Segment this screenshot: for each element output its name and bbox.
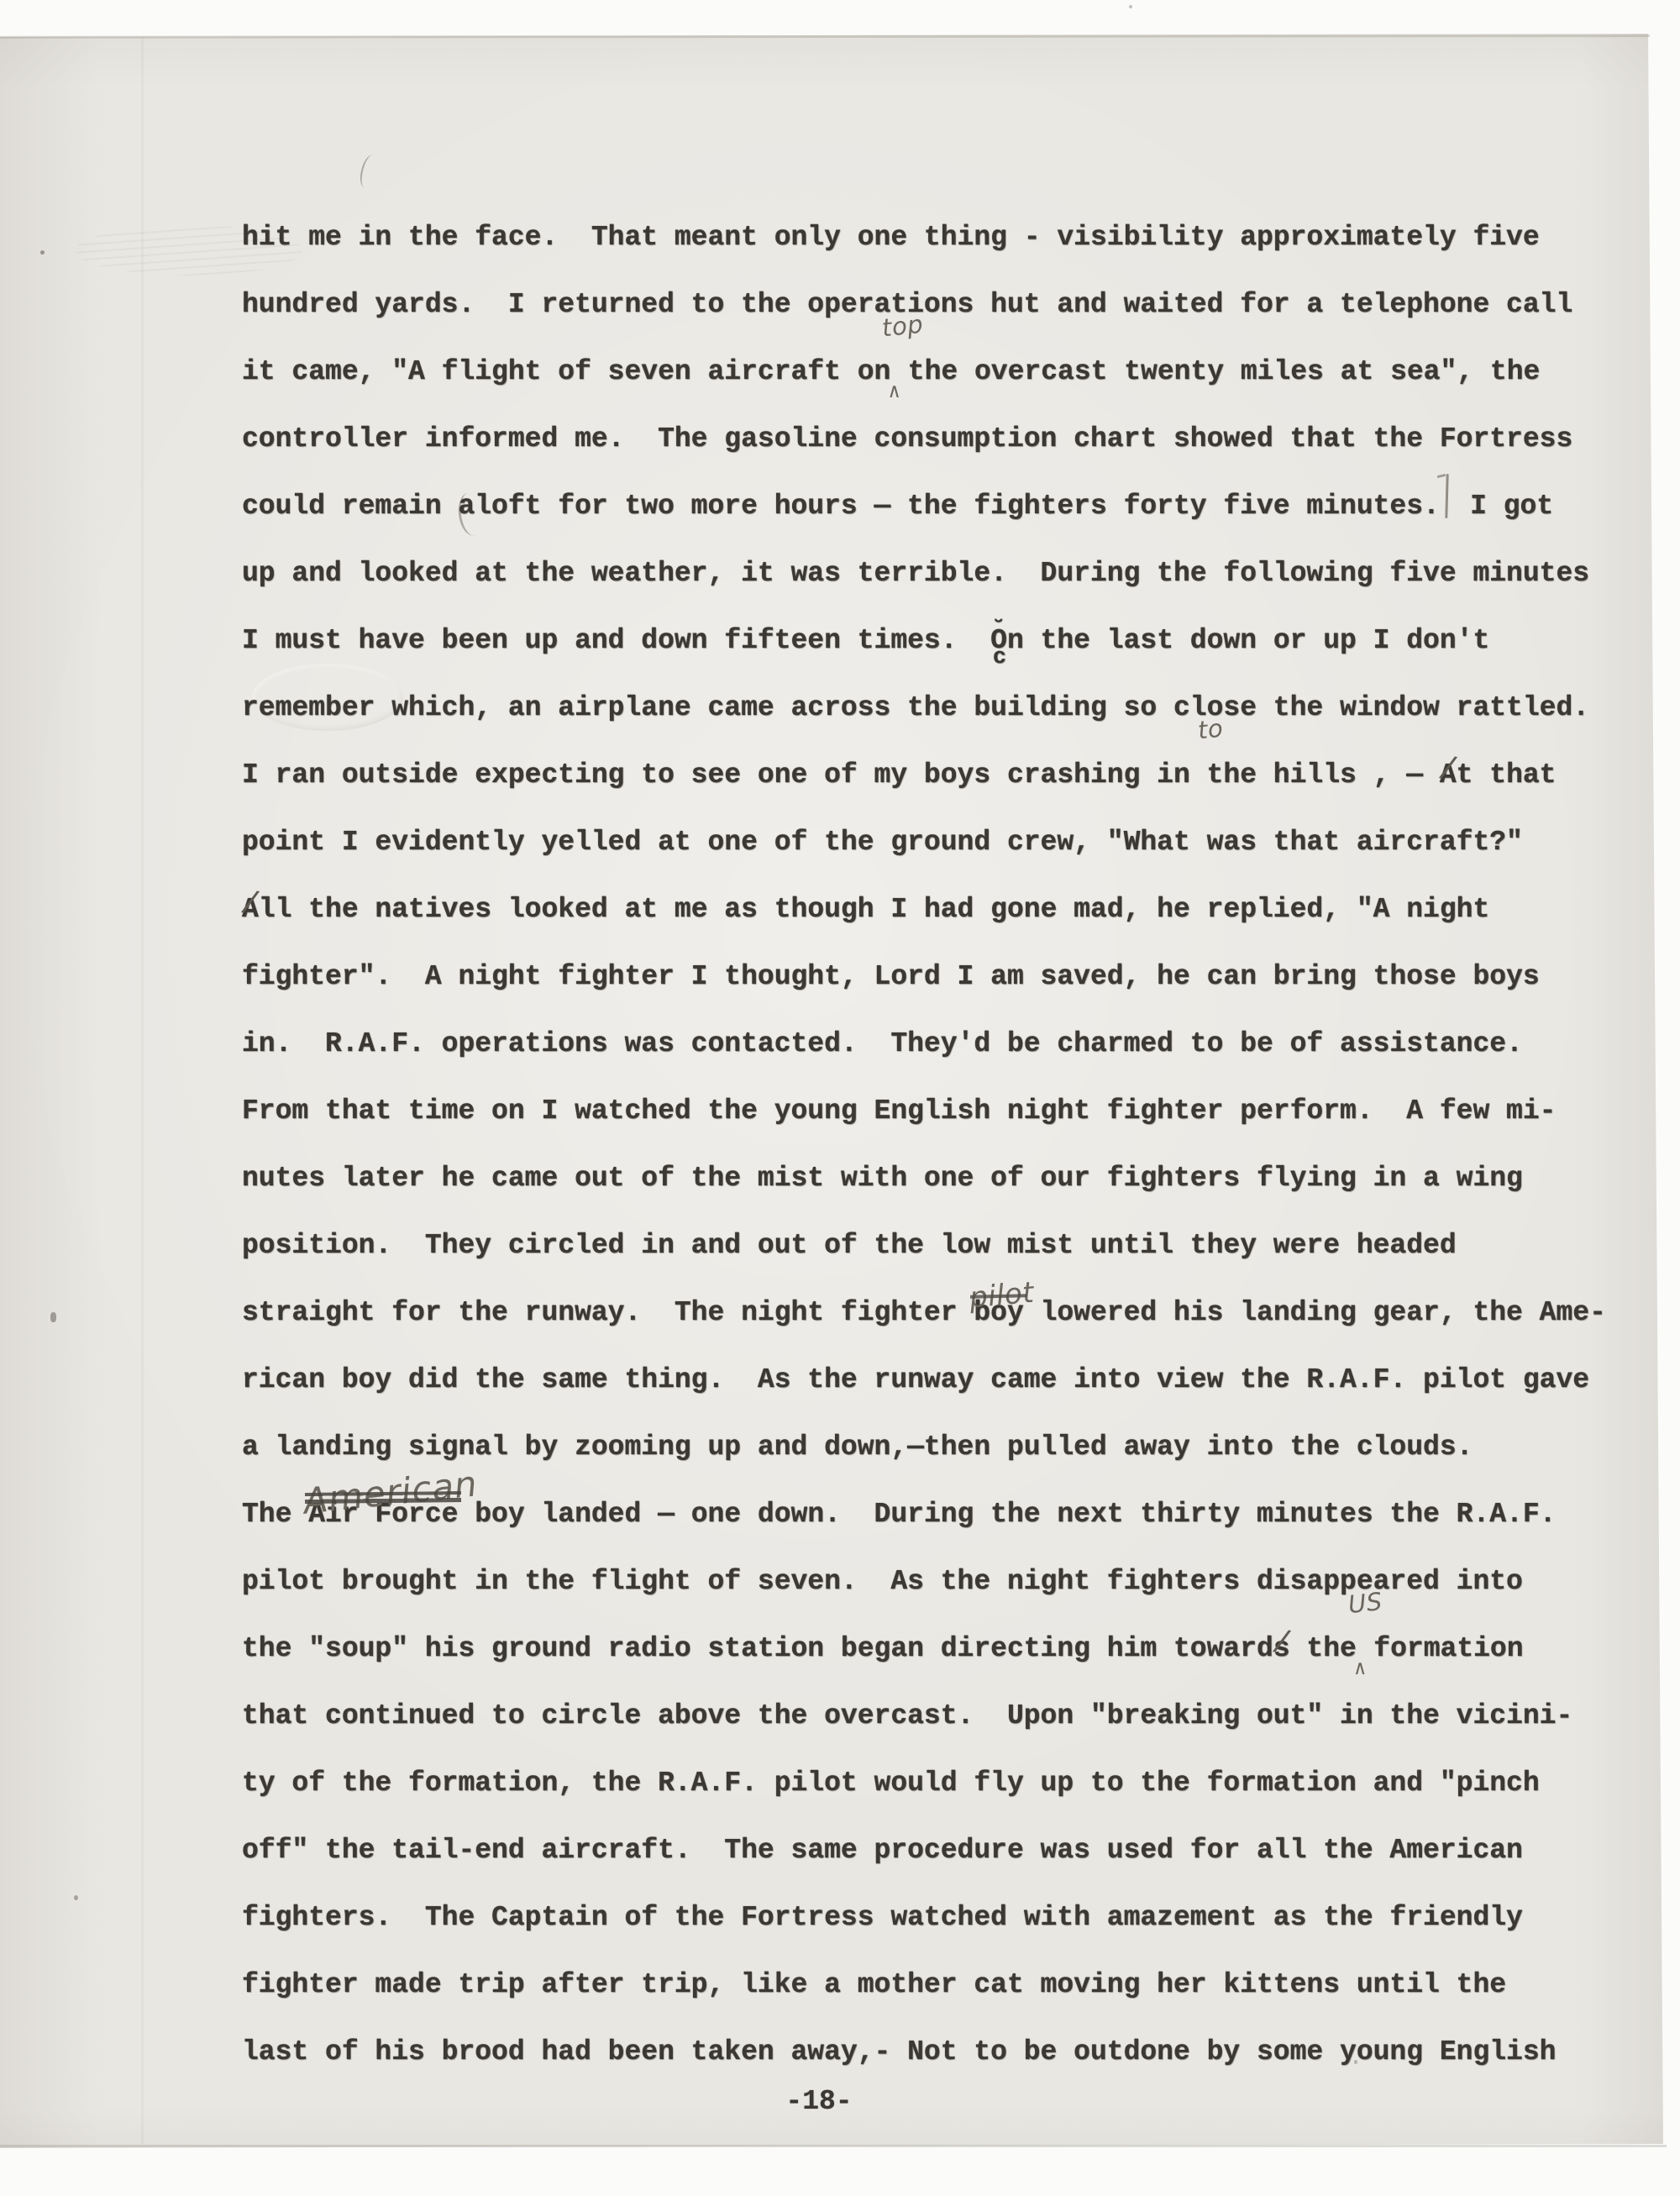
- typed-line: fighter made trip after trip, like a mot…: [242, 1952, 1636, 2019]
- strikethrough-text: boypilot: [974, 1279, 1023, 1347]
- handwritten-word: US: [1345, 1568, 1386, 1638]
- typed-text: the hills , —: [1207, 759, 1440, 791]
- typed-text: the "soup" his ground radio station bega…: [242, 1633, 1273, 1664]
- typed-text: The: [242, 1499, 308, 1530]
- typed-line: controller informed me. The gasoline con…: [242, 406, 1636, 473]
- typed-line: it came, "A flight of seven aircraft ont…: [242, 339, 1636, 406]
- typed-text: fighter made trip after trip, like a mot…: [242, 1969, 1506, 2000]
- slashed-letter: A/: [242, 876, 259, 943]
- typed-text-block: hit me in the face. That meant only one …: [242, 204, 1636, 2086]
- typed-line: From that time on I watched the young En…: [242, 1078, 1636, 1145]
- typed-line: straight for the runway. The night fight…: [242, 1279, 1636, 1347]
- paper-speck: [40, 250, 45, 255]
- typed-line: position. They circled in and out of the…: [242, 1212, 1636, 1279]
- typed-text: boy landed — one down. During the next t…: [458, 1499, 1556, 1530]
- typed-text: straight for the runway. The night fight…: [242, 1297, 974, 1328]
- typed-line: I ran outside expecting to see one of my…: [242, 742, 1636, 809]
- typed-text: up and looked at the weather, it was ter…: [242, 558, 1589, 589]
- typed-text: ll the natives looked at me as though I …: [259, 894, 1489, 925]
- typed-line: hundred yards. I returned to the operati…: [242, 271, 1636, 339]
- typed-text: lowered his landing gear, the Ame-: [1024, 1297, 1606, 1328]
- paper-bottom-edge: [0, 2145, 1667, 2147]
- typed-line: fighters. The Captain of the Fortress wa…: [242, 1884, 1636, 1952]
- typed-text: last of his brood had been taken away,- …: [242, 2036, 1556, 2067]
- typed-line: hit me in the face. That meant only one …: [242, 204, 1636, 271]
- caret-mark: ∧: [1354, 1636, 1366, 1704]
- typed-text: t that: [1457, 759, 1557, 791]
- pencil-paragraph-tick: [1440, 486, 1454, 513]
- typed-text: fighters. The Captain of the Fortress wa…: [242, 1902, 1523, 1933]
- paper-crease: [141, 37, 144, 2144]
- typed-line: pilot brought in the flight of seven. As…: [242, 1548, 1636, 1615]
- typed-line: off" the tail-end aircraft. The same pro…: [242, 1817, 1636, 1884]
- paper-speck: [74, 1895, 78, 1900]
- strikethrough-text: Air ForceAmerican: [308, 1481, 458, 1548]
- slashed-letter: A/: [1440, 742, 1457, 809]
- handwritten-insertion: top∧: [890, 351, 907, 379]
- typed-line: ty of the formation, the R.A.F. pilot wo…: [242, 1750, 1636, 1817]
- handwritten-word: pilot: [967, 1259, 1037, 1332]
- paper-speck: [50, 1312, 56, 1322]
- typed-text: ty of the formation, the R.A.F. pilot wo…: [242, 1768, 1540, 1799]
- typed-text: I got: [1453, 491, 1553, 522]
- typed-text: formation: [1373, 1633, 1523, 1664]
- handwritten-word: top: [879, 290, 927, 361]
- typed-text: it came, "A flight of seven aircraft on: [242, 356, 890, 387]
- typed-text: position. They circled in and out of the…: [242, 1230, 1457, 1261]
- typed-text: that continued to circle above the overc…: [242, 1700, 1572, 1731]
- corrected-letter: O˘c: [990, 607, 1007, 675]
- typed-line: remember which, an airplane came across …: [242, 675, 1636, 742]
- typed-text: pilot brought in the flight of seven. As…: [242, 1566, 1523, 1597]
- typed-line: nutes later he came out of the mist with…: [242, 1145, 1636, 1212]
- typed-text: nutes later he came out of the mist with…: [242, 1163, 1523, 1194]
- typed-line: I must have been up and down fifteen tim…: [242, 607, 1636, 675]
- typed-text: off" the tail-end aircraft. The same pro…: [242, 1835, 1523, 1866]
- typed-line: could remain aloft for two more hours — …: [242, 473, 1636, 540]
- typed-text: controller informed me. The gasoline con…: [242, 423, 1572, 454]
- typed-text: hit me in the face. That meant only one …: [242, 222, 1540, 253]
- handwritten-insertion: US∧: [1357, 1628, 1373, 1656]
- typed-line: fighter". A night fighter I thought, Lor…: [242, 943, 1636, 1011]
- typed-text: point I evidently yelled at one of the g…: [242, 827, 1523, 858]
- typed-text: From that time on I watched the young En…: [242, 1095, 1556, 1127]
- typed-text: rican boy did the same thing. As the run…: [242, 1364, 1589, 1395]
- typed-text: n the last down or up I don't: [1007, 625, 1489, 656]
- correction-mark-below: c: [993, 624, 1006, 691]
- typed-text: the: [1290, 1633, 1357, 1664]
- typed-line: rican boy did the same thing. As the run…: [242, 1347, 1636, 1414]
- slashed-letter: s/: [1273, 1615, 1290, 1683]
- typed-text: I ran outside expecting to see one of my…: [242, 759, 1207, 791]
- typed-text: the overcast twenty miles at sea", the: [908, 356, 1541, 387]
- typed-line: last of his brood had been taken away,- …: [242, 2019, 1636, 2086]
- typed-text: remember which, an airplane came across …: [242, 692, 1589, 723]
- typed-text: could remain aloft for two more hours — …: [242, 491, 1440, 522]
- typed-line: that continued to circle above the overc…: [242, 1683, 1636, 1750]
- page-number: -18-: [739, 2068, 899, 2136]
- typed-text: I must have been up and down fifteen tim…: [242, 625, 990, 656]
- typed-line: in. R.A.F. operations was contacted. The…: [242, 1011, 1636, 1078]
- typed-line: The Air ForceAmerican boy landed — one d…: [242, 1481, 1636, 1548]
- typed-text: fighter". A night fighter I thought, Lor…: [242, 961, 1540, 992]
- typed-line: A/ll the natives looked at me as though …: [242, 876, 1636, 943]
- paper-speck: [1129, 5, 1132, 8]
- typed-line: the "soup" his ground radio station bega…: [242, 1615, 1636, 1683]
- caret-mark: ∧: [888, 360, 900, 427]
- typed-line: up and looked at the weather, it was ter…: [242, 540, 1636, 607]
- typed-text: in. R.A.F. operations was contacted. The…: [242, 1028, 1523, 1059]
- typed-line: point I evidently yelled at one of the g…: [242, 809, 1636, 876]
- scanned-typescript-page: { "page": { "number_label": "-18-", "pap…: [0, 0, 1680, 2196]
